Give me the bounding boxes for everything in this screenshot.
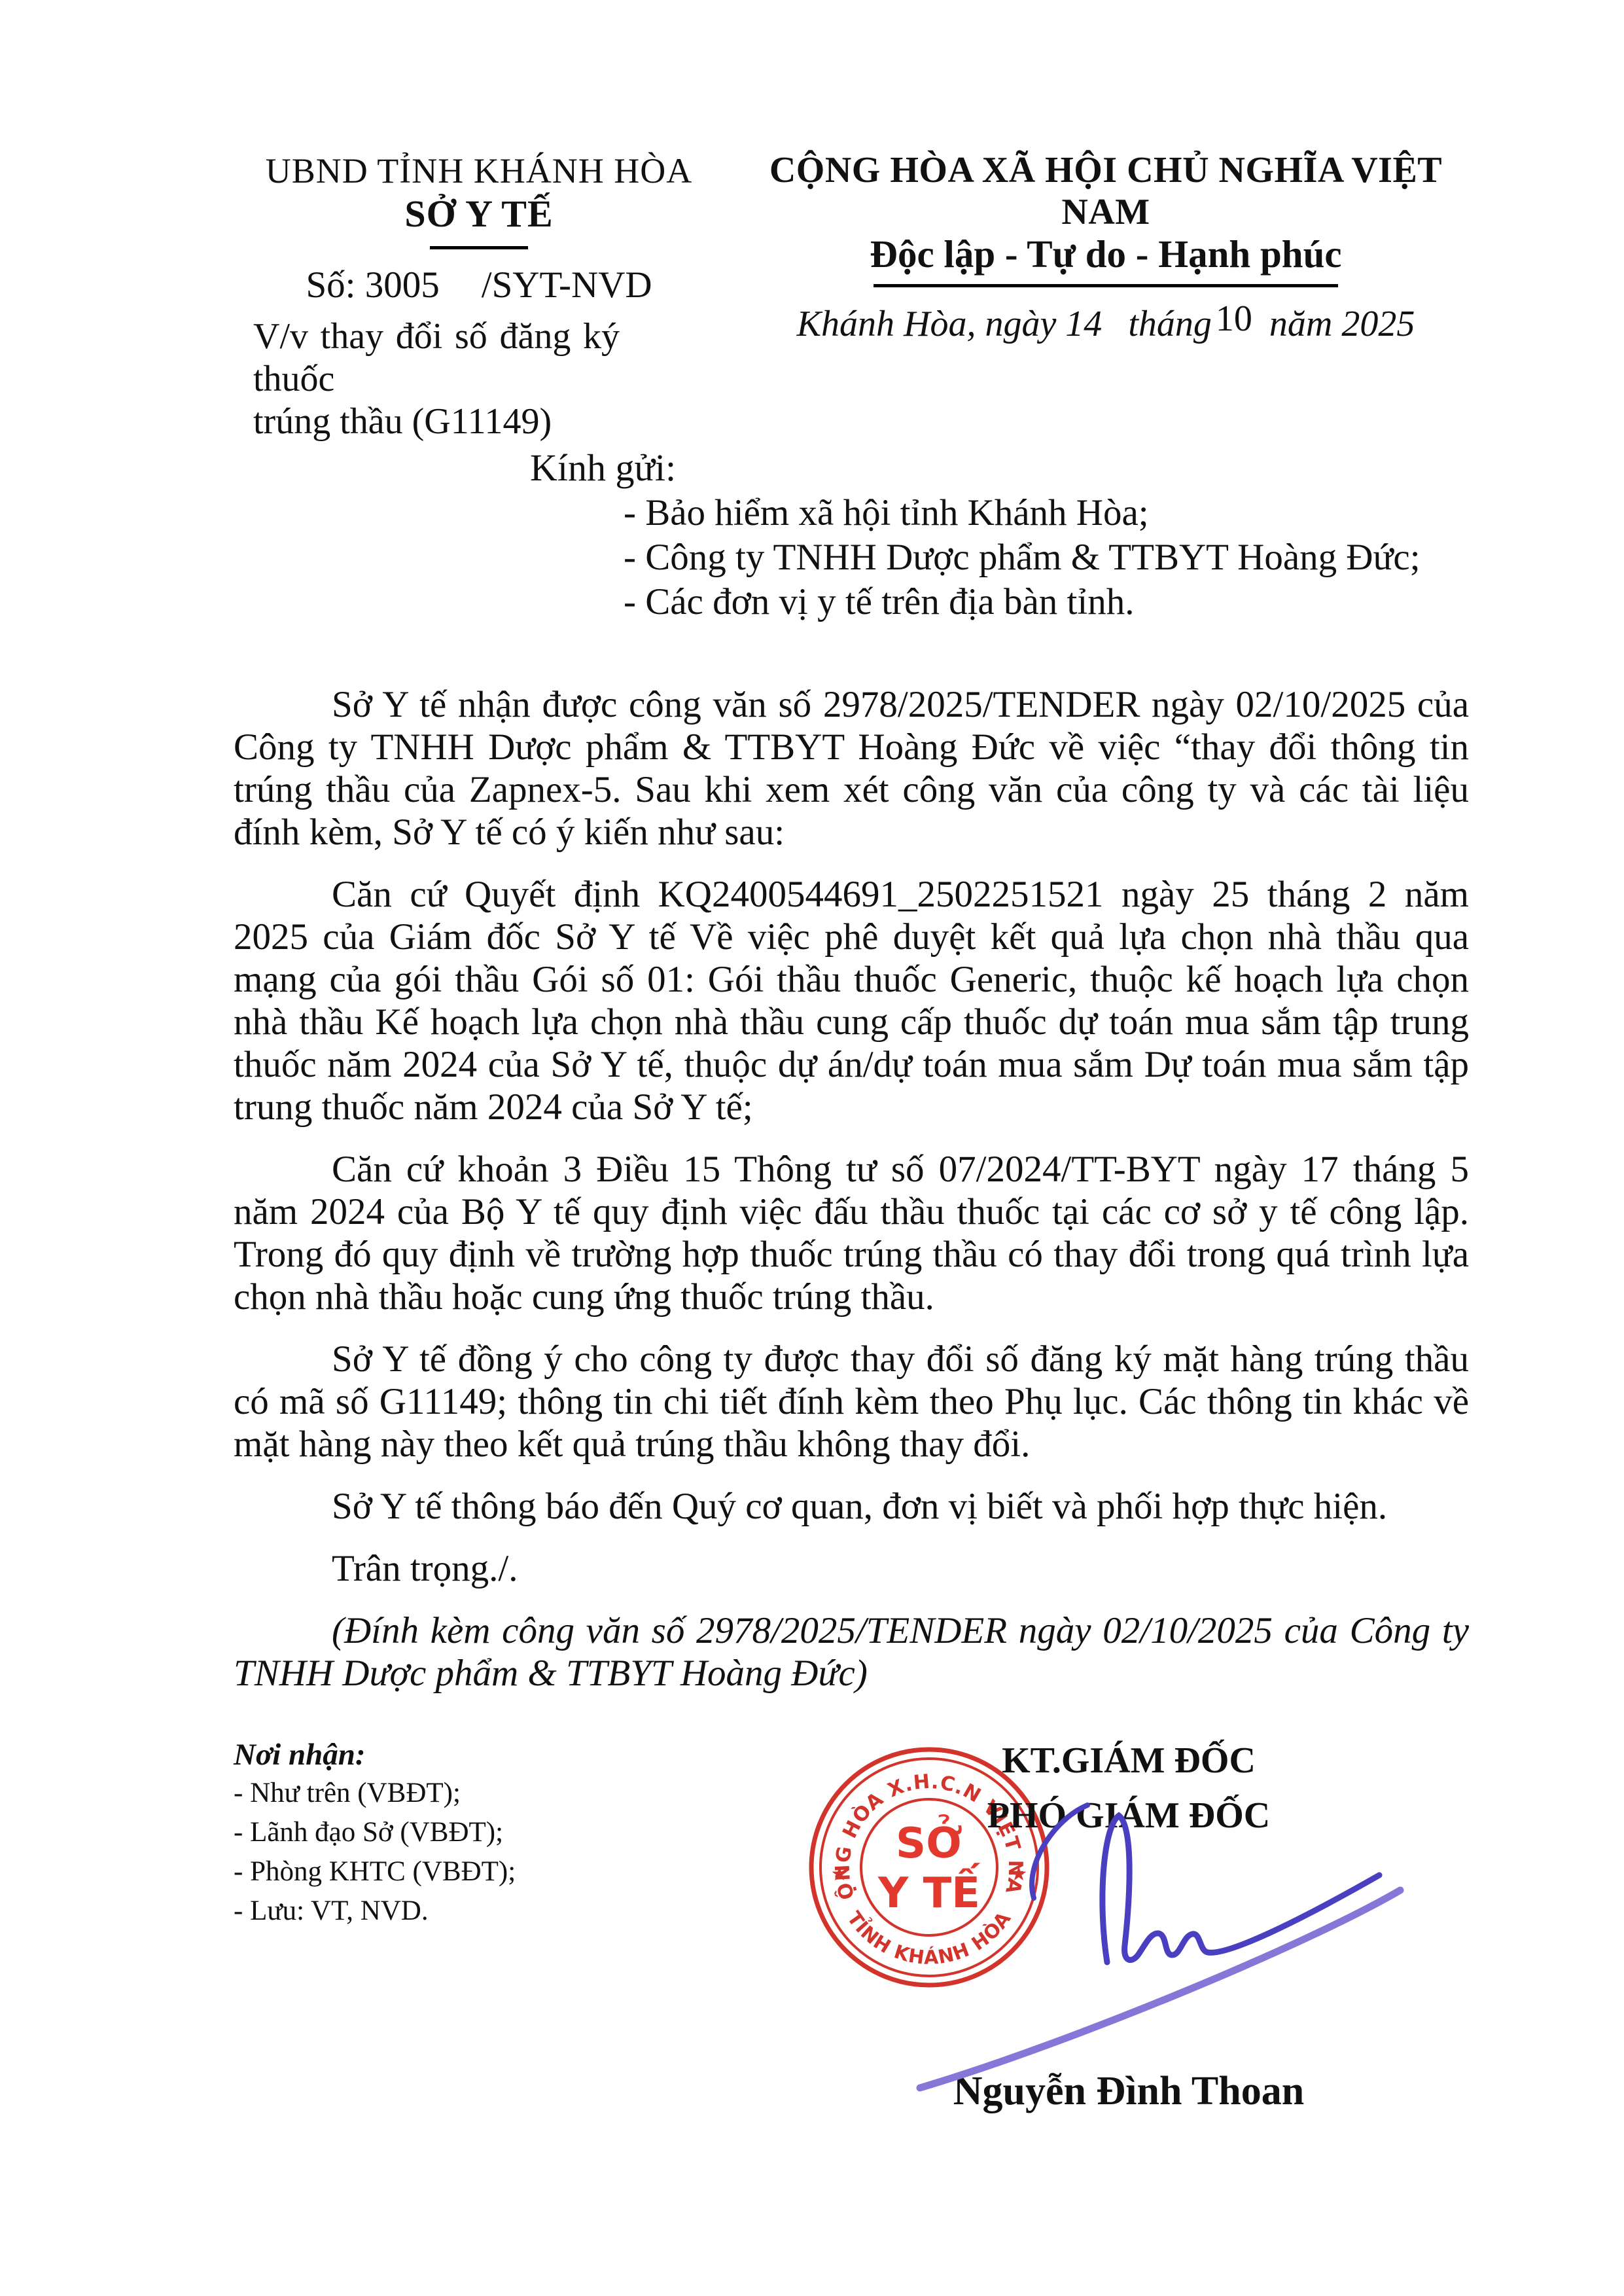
body-paragraph: Sở Y tế thông báo đến Quý cơ quan, đơn v… bbox=[234, 1485, 1469, 1528]
dateline-month-label: tháng bbox=[1128, 304, 1212, 344]
closing-line: Trân trọng./. bbox=[234, 1547, 1469, 1590]
signature-lead-stroke bbox=[1032, 1805, 1087, 1898]
body-paragraph: Sở Y tế nhận được công văn số 2978/2025/… bbox=[234, 683, 1469, 853]
body-paragraph: Sở Y tế đồng ý cho công ty được thay đổi… bbox=[234, 1338, 1469, 1465]
attachment-note: (Đính kèm công văn số 2978/2025/TENDER n… bbox=[234, 1609, 1469, 1695]
body-paragraph: Căn cứ Quyết định KQ2400544691_250225152… bbox=[234, 873, 1469, 1128]
distribution-item: - Lãnh đạo Sở (VBĐT); bbox=[234, 1813, 516, 1852]
issuer-underline bbox=[430, 246, 528, 249]
national-title: CỘNG HÒA XÃ HỘI CHỦ NGHĨA VIỆT NAM bbox=[724, 149, 1487, 233]
dateline-place-day: Khánh Hòa, ngày 14 bbox=[797, 304, 1103, 344]
national-header-block: CỘNG HÒA XÃ HỘI CHỦ NGHĨA VIỆT NAM Độc l… bbox=[724, 149, 1487, 345]
body-paragraph: Căn cứ khoản 3 Điều 15 Thông tư số 07/20… bbox=[234, 1148, 1469, 1318]
recipient-line: - Các đơn vị y tế trên địa bàn tỉnh. bbox=[624, 580, 1421, 624]
document-number-prefix: Số: 3005 bbox=[306, 264, 439, 306]
distribution-block: Nơi nhận: - Như trên (VBĐT); - Lãnh đạo … bbox=[234, 1736, 516, 1931]
dateline-month-value: 10 bbox=[1216, 298, 1252, 339]
subject-line-1: V/v thay đổi số đăng ký thuốc bbox=[253, 315, 620, 401]
issuer-org: SỞ Y TẾ bbox=[234, 192, 724, 236]
signature-main-stroke bbox=[1103, 1816, 1379, 1962]
salutation-recipients: - Bảo hiểm xã hội tỉnh Khánh Hòa; - Công… bbox=[624, 491, 1421, 624]
document-number-suffix: /SYT-NVD bbox=[482, 264, 652, 306]
handwritten-signature bbox=[877, 1767, 1453, 2108]
document-number-line: Số: 3005/SYT-NVD bbox=[234, 264, 724, 307]
subject-line-2: trúng thầu (G11149) bbox=[253, 401, 620, 443]
letter-body: Sở Y tế nhận được công văn số 2978/2025/… bbox=[234, 683, 1469, 1695]
subject-block: V/v thay đổi số đăng ký thuốc trúng thầu… bbox=[253, 315, 620, 443]
issuer-block: UBND TỈNH KHÁNH HÒA SỞ Y TẾ Số: 3005/SYT… bbox=[234, 149, 724, 307]
national-motto: Độc lập - Tự do - Hạnh phúc bbox=[724, 233, 1487, 275]
distribution-label: Nơi nhận: bbox=[234, 1736, 516, 1774]
dateline: Khánh Hòa, ngày 14tháng10năm 2025 bbox=[724, 303, 1487, 345]
distribution-item: - Như trên (VBĐT); bbox=[234, 1774, 516, 1813]
issuer-parent-org: UBND TỈNH KHÁNH HÒA bbox=[234, 149, 724, 192]
motto-underline bbox=[874, 284, 1338, 287]
recipient-line: - Công ty TNHH Dược phẩm & TTBYT Hoàng Đ… bbox=[624, 535, 1421, 580]
distribution-item: - Lưu: VT, NVD. bbox=[234, 1892, 516, 1931]
salutation-label: Kính gửi: bbox=[530, 446, 676, 490]
official-letter-page: UBND TỈNH KHÁNH HÒA SỞ Y TẾ Số: 3005/SYT… bbox=[0, 0, 1624, 2296]
distribution-item: - Phòng KHTC (VBĐT); bbox=[234, 1852, 516, 1892]
recipient-line: - Bảo hiểm xã hội tỉnh Khánh Hòa; bbox=[624, 491, 1421, 535]
signature-tail-stroke bbox=[920, 1890, 1400, 2088]
dateline-year: năm 2025 bbox=[1269, 304, 1415, 344]
stamp-star-left: ★ bbox=[831, 1863, 849, 1885]
